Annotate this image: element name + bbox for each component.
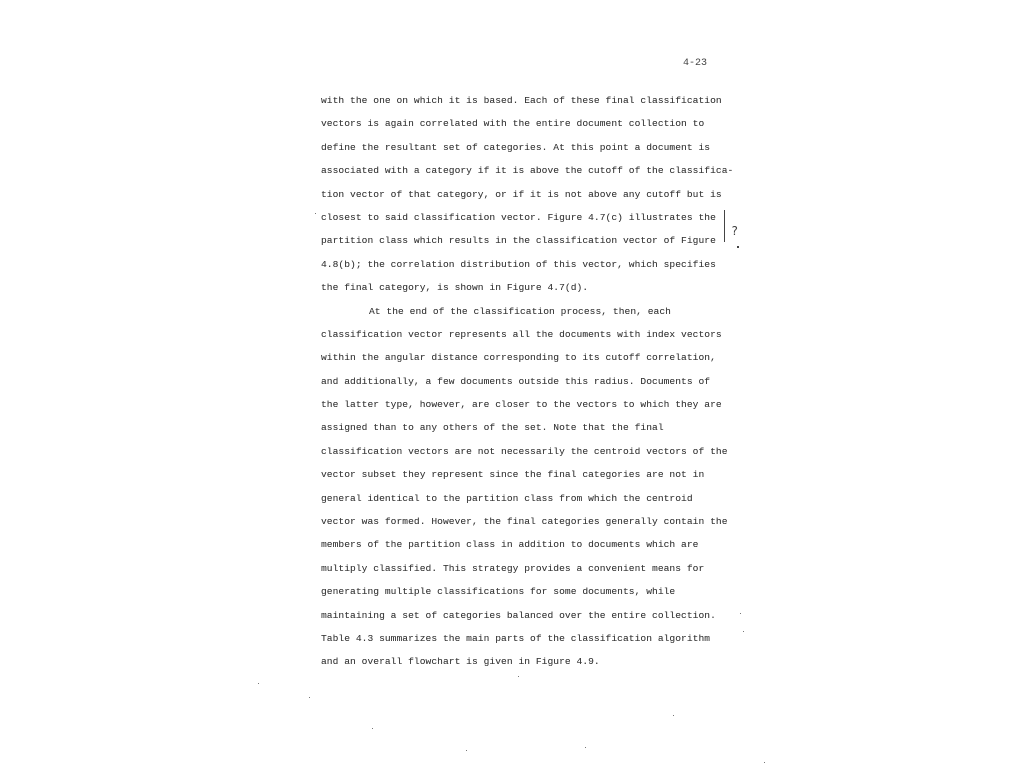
text-line: within the angular distance correspondin… <box>321 346 721 369</box>
text-line: 4.8(b); the correlation distribution of … <box>321 253 721 276</box>
text-line: general identical to the partition class… <box>321 487 721 510</box>
scan-speck <box>518 676 519 677</box>
text-line: generating multiple classifications for … <box>321 580 721 603</box>
text-line: and an overall flowchart is given in Fig… <box>321 650 721 673</box>
scan-speck <box>585 747 586 748</box>
scan-speck <box>372 728 373 729</box>
margin-dot-mark <box>737 246 739 248</box>
scan-speck <box>764 762 765 763</box>
scan-speck <box>740 613 741 614</box>
text-line: assigned than to any others of the set. … <box>321 416 721 439</box>
scan-speck <box>743 631 744 632</box>
text-line: closest to said classification vector. F… <box>321 206 721 229</box>
text-line: the latter type, however, are closer to … <box>321 393 721 416</box>
text-line: classification vectors are not necessari… <box>321 440 721 463</box>
question-mark-annotation: ? <box>731 224 738 238</box>
margin-annotation: ? <box>722 210 752 255</box>
text-line: partition class which results in the cla… <box>321 229 721 252</box>
text-line: Table 4.3 summarizes the main parts of t… <box>321 627 721 650</box>
text-line: maintaining a set of categories balanced… <box>321 604 721 627</box>
paragraph-1: with the one on which it is based. Each … <box>321 89 721 300</box>
text-line: vector subset they represent since the f… <box>321 463 721 486</box>
paragraph-2: At the end of the classification process… <box>321 300 721 674</box>
text-line: define the resultant set of categories. … <box>321 136 721 159</box>
text-line: members of the partition class in additi… <box>321 533 721 556</box>
text-line: vectors is again correlated with the ent… <box>321 112 721 135</box>
margin-bar-mark <box>724 210 725 242</box>
text-line: At the end of the classification process… <box>321 300 721 323</box>
text-line: vector was formed. However, the final ca… <box>321 510 721 533</box>
scan-speck <box>315 213 316 214</box>
text-line: classification vector represents all the… <box>321 323 721 346</box>
scan-speck <box>466 750 467 751</box>
body-text: with the one on which it is based. Each … <box>321 89 721 674</box>
page-number: 4-23 <box>683 58 707 69</box>
text-line: tion vector of that category, or if it i… <box>321 183 721 206</box>
text-line: associated with a category if it is abov… <box>321 159 721 182</box>
scan-speck <box>258 683 259 684</box>
text-line: multiply classified. This strategy provi… <box>321 557 721 580</box>
text-line: and additionally, a few documents outsid… <box>321 370 721 393</box>
text-line: with the one on which it is based. Each … <box>321 89 721 112</box>
scan-speck <box>673 715 674 716</box>
scan-speck <box>309 697 310 698</box>
text-line: the final category, is shown in Figure 4… <box>321 276 721 299</box>
